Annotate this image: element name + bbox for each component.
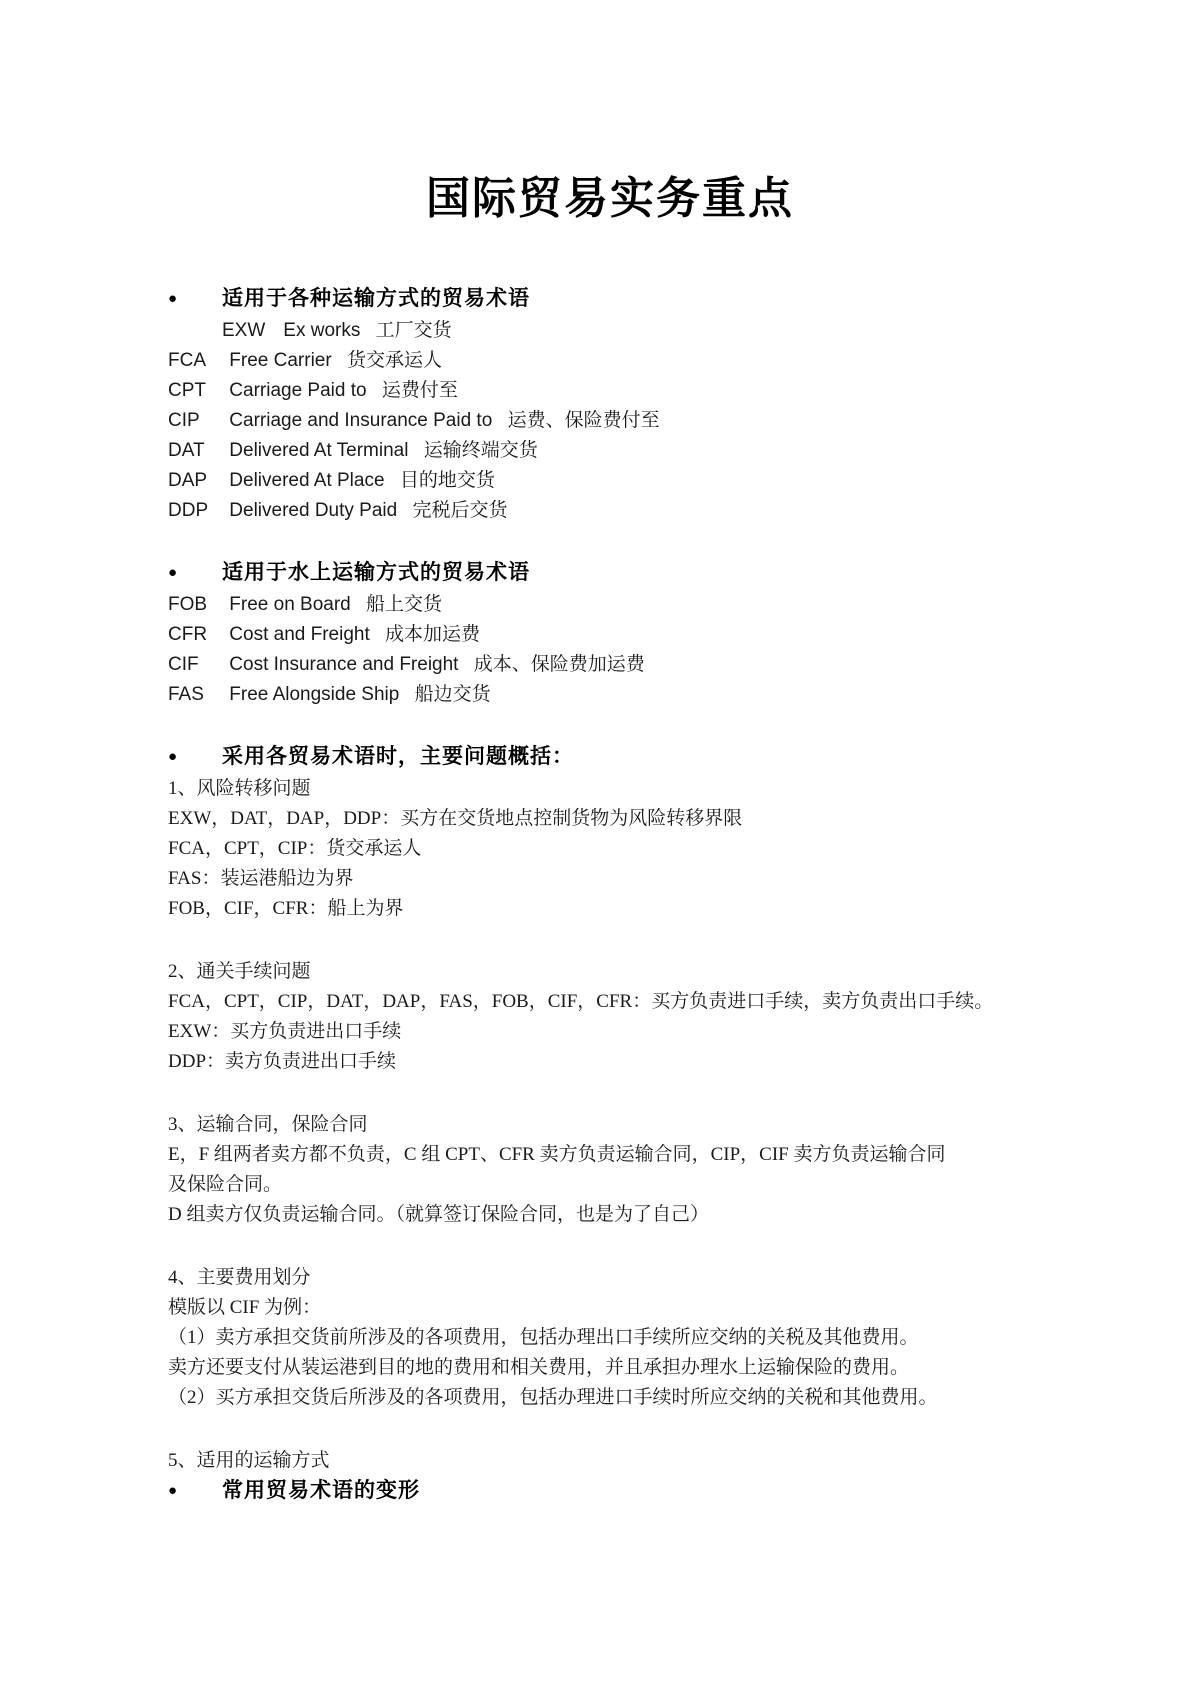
section-heading: 适用于各种运输方式的贸易术语 xyxy=(222,284,530,314)
text-line: 及保险合同。 xyxy=(168,1170,1052,1200)
term-row-dap: DAP Delivered At Place 目的地交货 xyxy=(168,466,1052,496)
text-line: 2、通关手续问题 xyxy=(168,957,1052,987)
bullet-icon: ● xyxy=(168,284,222,314)
bullet-icon: ● xyxy=(168,558,222,588)
term-chinese: 工厂交货 xyxy=(376,320,452,341)
term-row-fob: FOB Free on Board 船上交货 xyxy=(168,590,1052,620)
term-code: DAT xyxy=(168,436,224,466)
term-row-ddp: DDP Delivered Duty Paid 完税后交货 xyxy=(168,496,1052,526)
term-english: Cost and Freight xyxy=(229,624,369,645)
group-transport-insurance-contracts: 3、运输合同，保险合同 E，F 组两者卖方都不负责，C 组 CPT、CFR 卖方… xyxy=(168,1110,1052,1230)
section-heading-row: ● 适用于水上运输方式的贸易术语 xyxy=(168,558,1052,588)
document-page: 国际贸易实务重点 ● 适用于各种运输方式的贸易术语 EXW Ex works 工… xyxy=(0,0,1190,1683)
text-line: 卖方还要支付从装运港到目的地的费用和相关费用，并且承担办理水上运输保险的费用。 xyxy=(168,1353,1052,1383)
text-line: EXW：买方负责进出口手续 xyxy=(168,1017,1052,1047)
section-heading-row: ● 常用贸易术语的变形 xyxy=(168,1476,1052,1506)
text-line: FAS：装运港船边为界 xyxy=(168,864,1052,894)
text-line: EXW，DAT，DAP，DDP：买方在交货地点控制货物为风险转移界限 xyxy=(168,804,1052,834)
term-english: Delivered Duty Paid xyxy=(229,500,397,521)
text-line: 模版以 CIF 为例： xyxy=(168,1293,1052,1323)
term-code: CFR xyxy=(168,620,224,650)
section-heading: 适用于水上运输方式的贸易术语 xyxy=(222,558,530,588)
term-chinese: 成本、保险费加运费 xyxy=(474,654,645,675)
page-title: 国际贸易实务重点 xyxy=(168,172,1052,226)
document-content: 国际贸易实务重点 ● 适用于各种运输方式的贸易术语 EXW Ex works 工… xyxy=(168,0,1052,1508)
text-line: E，F 组两者卖方都不负责，C 组 CPT、CFR 卖方负责运输合同，CIP，C… xyxy=(168,1140,1052,1170)
term-row-cfr: CFR Cost and Freight 成本加运费 xyxy=(168,620,1052,650)
term-row-cpt: CPT Carriage Paid to 运费付至 xyxy=(168,376,1052,406)
text-line: DDP：卖方负责进出口手续 xyxy=(168,1047,1052,1077)
term-row-exw: EXW Ex works 工厂交货 xyxy=(168,316,1052,346)
term-chinese: 运费、保险费付至 xyxy=(508,410,660,431)
text-line: 1、风险转移问题 xyxy=(168,774,1052,804)
bullet-icon: ● xyxy=(168,1476,222,1506)
term-english: Free Carrier xyxy=(229,350,331,371)
section-key-issues: ● 采用各贸易术语时，主要问题概括： 1、风险转移问题 EXW，DAT，DAP，… xyxy=(168,742,1052,1476)
section-term-variants: ● 常用贸易术语的变形 xyxy=(168,1476,1052,1506)
term-english: Delivered At Terminal xyxy=(229,440,408,461)
section-water-terms: ● 适用于水上运输方式的贸易术语 FOB Free on Board 船上交货 … xyxy=(168,558,1052,710)
term-english: Carriage Paid to xyxy=(229,380,366,401)
section-heading: 采用各贸易术语时，主要问题概括： xyxy=(222,742,574,772)
term-english: Cost Insurance and Freight xyxy=(229,654,458,675)
term-english: Delivered At Place xyxy=(229,470,384,491)
section-heading-row: ● 采用各贸易术语时，主要问题概括： xyxy=(168,742,1052,772)
text-line: （1）卖方承担交货前所涉及的各项费用，包括办理出口手续所应交纳的关税及其他费用。 xyxy=(168,1323,1052,1353)
term-code: EXW xyxy=(222,316,278,346)
group-customs-formalities: 2、通关手续问题 FCA，CPT，CIP，DAT，DAP，FAS，FOB，CIF… xyxy=(168,957,1052,1077)
term-code: CPT xyxy=(168,376,224,406)
text-line: FCA，CPT，CIP：货交承运人 xyxy=(168,834,1052,864)
group-risk-transfer: 1、风险转移问题 EXW，DAT，DAP，DDP：买方在交货地点控制货物为风险转… xyxy=(168,774,1052,924)
term-code: FCA xyxy=(168,346,224,376)
text-line: FOB，CIF，CFR：船上为界 xyxy=(168,894,1052,924)
text-line: 4、主要费用划分 xyxy=(168,1263,1052,1293)
term-chinese: 成本加运费 xyxy=(385,624,480,645)
section-universal-terms: ● 适用于各种运输方式的贸易术语 EXW Ex works 工厂交货 FCA F… xyxy=(168,284,1052,526)
term-code: CIF xyxy=(168,650,224,680)
term-code: FOB xyxy=(168,590,224,620)
term-chinese: 船边交货 xyxy=(415,684,491,705)
term-row-fas: FAS Free Alongside Ship 船边交货 xyxy=(168,680,1052,710)
term-row-cip: CIP Carriage and Insurance Paid to 运费、保险… xyxy=(168,406,1052,436)
text-line: 5、适用的运输方式 xyxy=(168,1446,1052,1476)
term-row-cif: CIF Cost Insurance and Freight 成本、保险费加运费 xyxy=(168,650,1052,680)
term-english: Ex works xyxy=(283,320,360,341)
term-english: Carriage and Insurance Paid to xyxy=(229,410,492,431)
group-cost-division: 4、主要费用划分 模版以 CIF 为例： （1）卖方承担交货前所涉及的各项费用，… xyxy=(168,1263,1052,1413)
term-english: Free on Board xyxy=(229,594,350,615)
term-chinese: 运输终端交货 xyxy=(424,440,538,461)
term-row-fca: FCA Free Carrier 货交承运人 xyxy=(168,346,1052,376)
section-heading-row: ● 适用于各种运输方式的贸易术语 xyxy=(168,284,1052,314)
group-transport-mode: 5、适用的运输方式 xyxy=(168,1446,1052,1476)
text-line: 3、运输合同，保险合同 xyxy=(168,1110,1052,1140)
term-row-dat: DAT Delivered At Terminal 运输终端交货 xyxy=(168,436,1052,466)
term-chinese: 货交承运人 xyxy=(347,350,442,371)
term-chinese: 目的地交货 xyxy=(400,470,495,491)
term-code: DDP xyxy=(168,496,224,526)
text-line: D 组卖方仅负责运输合同。（就算签订保险合同，也是为了自己） xyxy=(168,1200,1052,1230)
term-chinese: 运费付至 xyxy=(382,380,458,401)
text-line: FCA，CPT，CIP，DAT，DAP，FAS，FOB，CIF，CFR：买方负责… xyxy=(168,987,1052,1017)
term-code: DAP xyxy=(168,466,224,496)
section-heading: 常用贸易术语的变形 xyxy=(222,1476,420,1506)
bullet-icon: ● xyxy=(168,742,222,772)
term-code: FAS xyxy=(168,680,224,710)
term-code: CIP xyxy=(168,406,224,436)
term-chinese: 完税后交货 xyxy=(412,500,507,521)
term-english: Free Alongside Ship xyxy=(229,684,399,705)
term-chinese: 船上交货 xyxy=(366,594,442,615)
text-line: （2）买方承担交货后所涉及的各项费用，包括办理进口手续时所应交纳的关税和其他费用… xyxy=(168,1383,1052,1413)
